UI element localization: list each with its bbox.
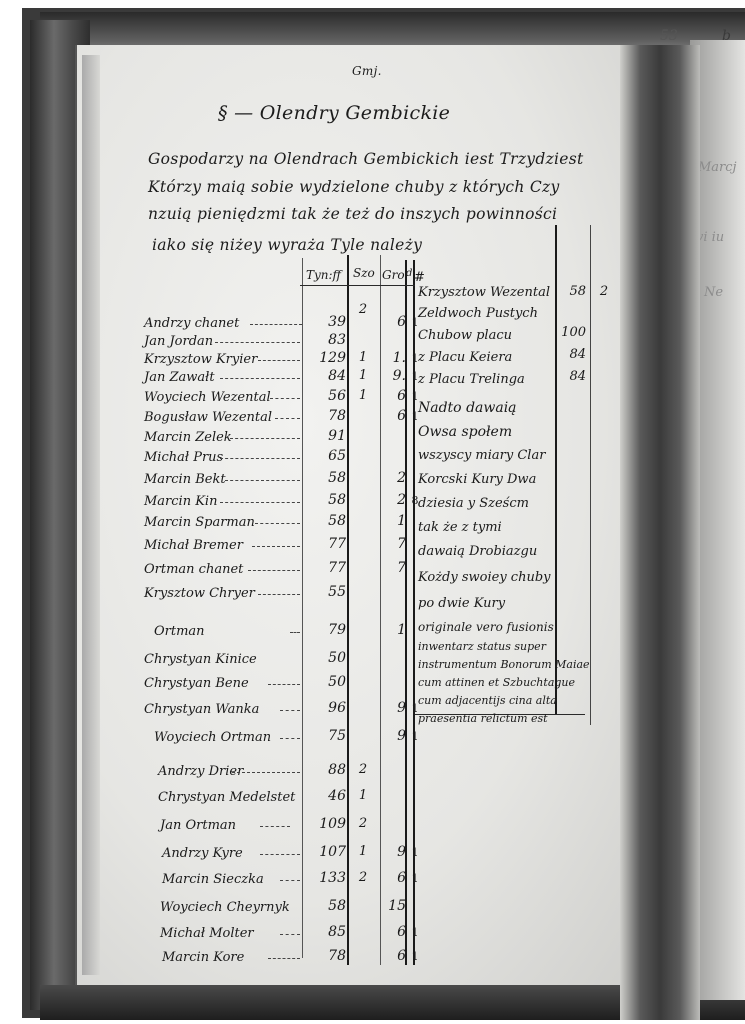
note-line: dawaią Drobiazgu (418, 544, 537, 559)
header-mark: Gmj. (352, 64, 382, 78)
note-line: wszyscy miary Clar (418, 448, 545, 463)
note-line: po dwie Kury (418, 596, 505, 611)
column-header-gro: Gro (382, 268, 405, 282)
note-line: cum adjacentijs cina alta (418, 694, 557, 707)
page-edge (82, 55, 100, 975)
ledger-row: Andrzy Kyre107191 (140, 846, 430, 866)
facing-page-fragment: Marcj (698, 160, 737, 175)
column-header-szo: Szo (353, 266, 375, 280)
ledger-row: Woyciech Wezental56161 (140, 390, 430, 410)
ledger-row: Woyciech Ortman7591 (140, 730, 430, 750)
ledger-row: Marcin Kore7861 (140, 950, 430, 970)
right-entry: Chubow placu (418, 328, 512, 343)
ledger-row: Marcin Zelek91 (140, 430, 430, 450)
ledger-row: Andrzy chanet39261 (140, 316, 430, 336)
ledger-row: Chrystyan Wanka9691 (140, 702, 430, 722)
ledger-row: Bogusław Wezental7861 (140, 410, 430, 430)
header-rule (300, 285, 415, 286)
ledger-row: Jan Zawałt8419.1 (140, 370, 430, 390)
intro-line: Którzy maią sobie wydzielone chuby z któ… (148, 178, 560, 196)
right-entry-value: 100 (552, 325, 586, 340)
intro-line: iako się niżey wyraża Tyle należy (152, 236, 422, 254)
book-gutter-shadow (620, 45, 700, 1020)
right-entry: Krzysztow Wezental (418, 285, 550, 300)
ledger-row: Woyciech Cheyrnyk5815 (140, 900, 430, 920)
note-line: dziesia y Sześcm (418, 496, 529, 511)
ledger-row: Marcin Bekt582 (140, 472, 430, 492)
right-entry: Zeldwoch Pustych (418, 306, 538, 321)
right-entry-value: 84 (552, 347, 586, 362)
right-entry: z Placu Trelinga (418, 372, 525, 387)
ledger-row: Ortman791 (140, 624, 430, 644)
hash-mark: # (414, 270, 425, 285)
section-title: § — Olendry Gembickie (218, 102, 450, 124)
right-entry-value2: 2 (598, 284, 610, 299)
top-margin-mark: 53 (660, 28, 678, 44)
ledger-row: Chrystyan Medelstet461 (140, 790, 430, 810)
facing-page-fragment: vi iu (696, 230, 724, 245)
note-line: Owsa społem (418, 424, 512, 440)
note-line: praesentia relictum est (418, 712, 548, 725)
ledger-row: Andrzy Drier882 (140, 764, 430, 784)
corner-page-mark: b (722, 28, 731, 44)
note-line: inwentarz status super (418, 640, 546, 653)
ledger-row: Michał Bremer777 (140, 538, 430, 558)
note-line: Nadto dawaią (418, 400, 517, 416)
note-line: Kożdy swoiey chuby (418, 570, 550, 585)
column-header-tynf: Tyn:ff (306, 268, 341, 282)
ledger-row: Krysztow Chryer55 (140, 586, 430, 606)
ledger-row: Marcin Sparman581 (140, 515, 430, 535)
ledger-row: Ortman chanet777 (140, 562, 430, 582)
note-line: tak że z tymi (418, 520, 502, 535)
ledger-row: Marcin Kin5828 (140, 494, 430, 514)
right-entry-value: 84 (552, 369, 586, 384)
ledger-row: Jan Ortman1092 (140, 818, 430, 838)
intro-line: Gospodarzy na Olendrach Gembickich iest … (148, 150, 584, 168)
right-entry: z Placu Keiera (418, 350, 512, 365)
ledger-row: Michał Molter8561 (140, 926, 430, 946)
ledger-row: Chrystyan Kinice50 (140, 652, 430, 672)
ledger-row: Chrystyan Bene50 (140, 676, 430, 696)
right-entry-value: 58 (552, 284, 586, 299)
column-rule (590, 225, 591, 725)
intro-line: nzuią pieniędzmi tak że też do inszych p… (148, 205, 557, 223)
facing-page-fragment: Ne (704, 285, 723, 300)
ledger-row: Michał Prus65 (140, 450, 430, 470)
note-line: Korcski Kury Dwa (418, 472, 536, 487)
note-line: cum attinen et Szbuchtague (418, 676, 575, 689)
note-line: instrumentum Bonorum Maiae (418, 658, 590, 671)
note-line: originale vero fusionis (418, 620, 554, 634)
column-header-d: d (406, 268, 412, 279)
ledger-row: Marcin Sieczka133261 (140, 872, 430, 892)
